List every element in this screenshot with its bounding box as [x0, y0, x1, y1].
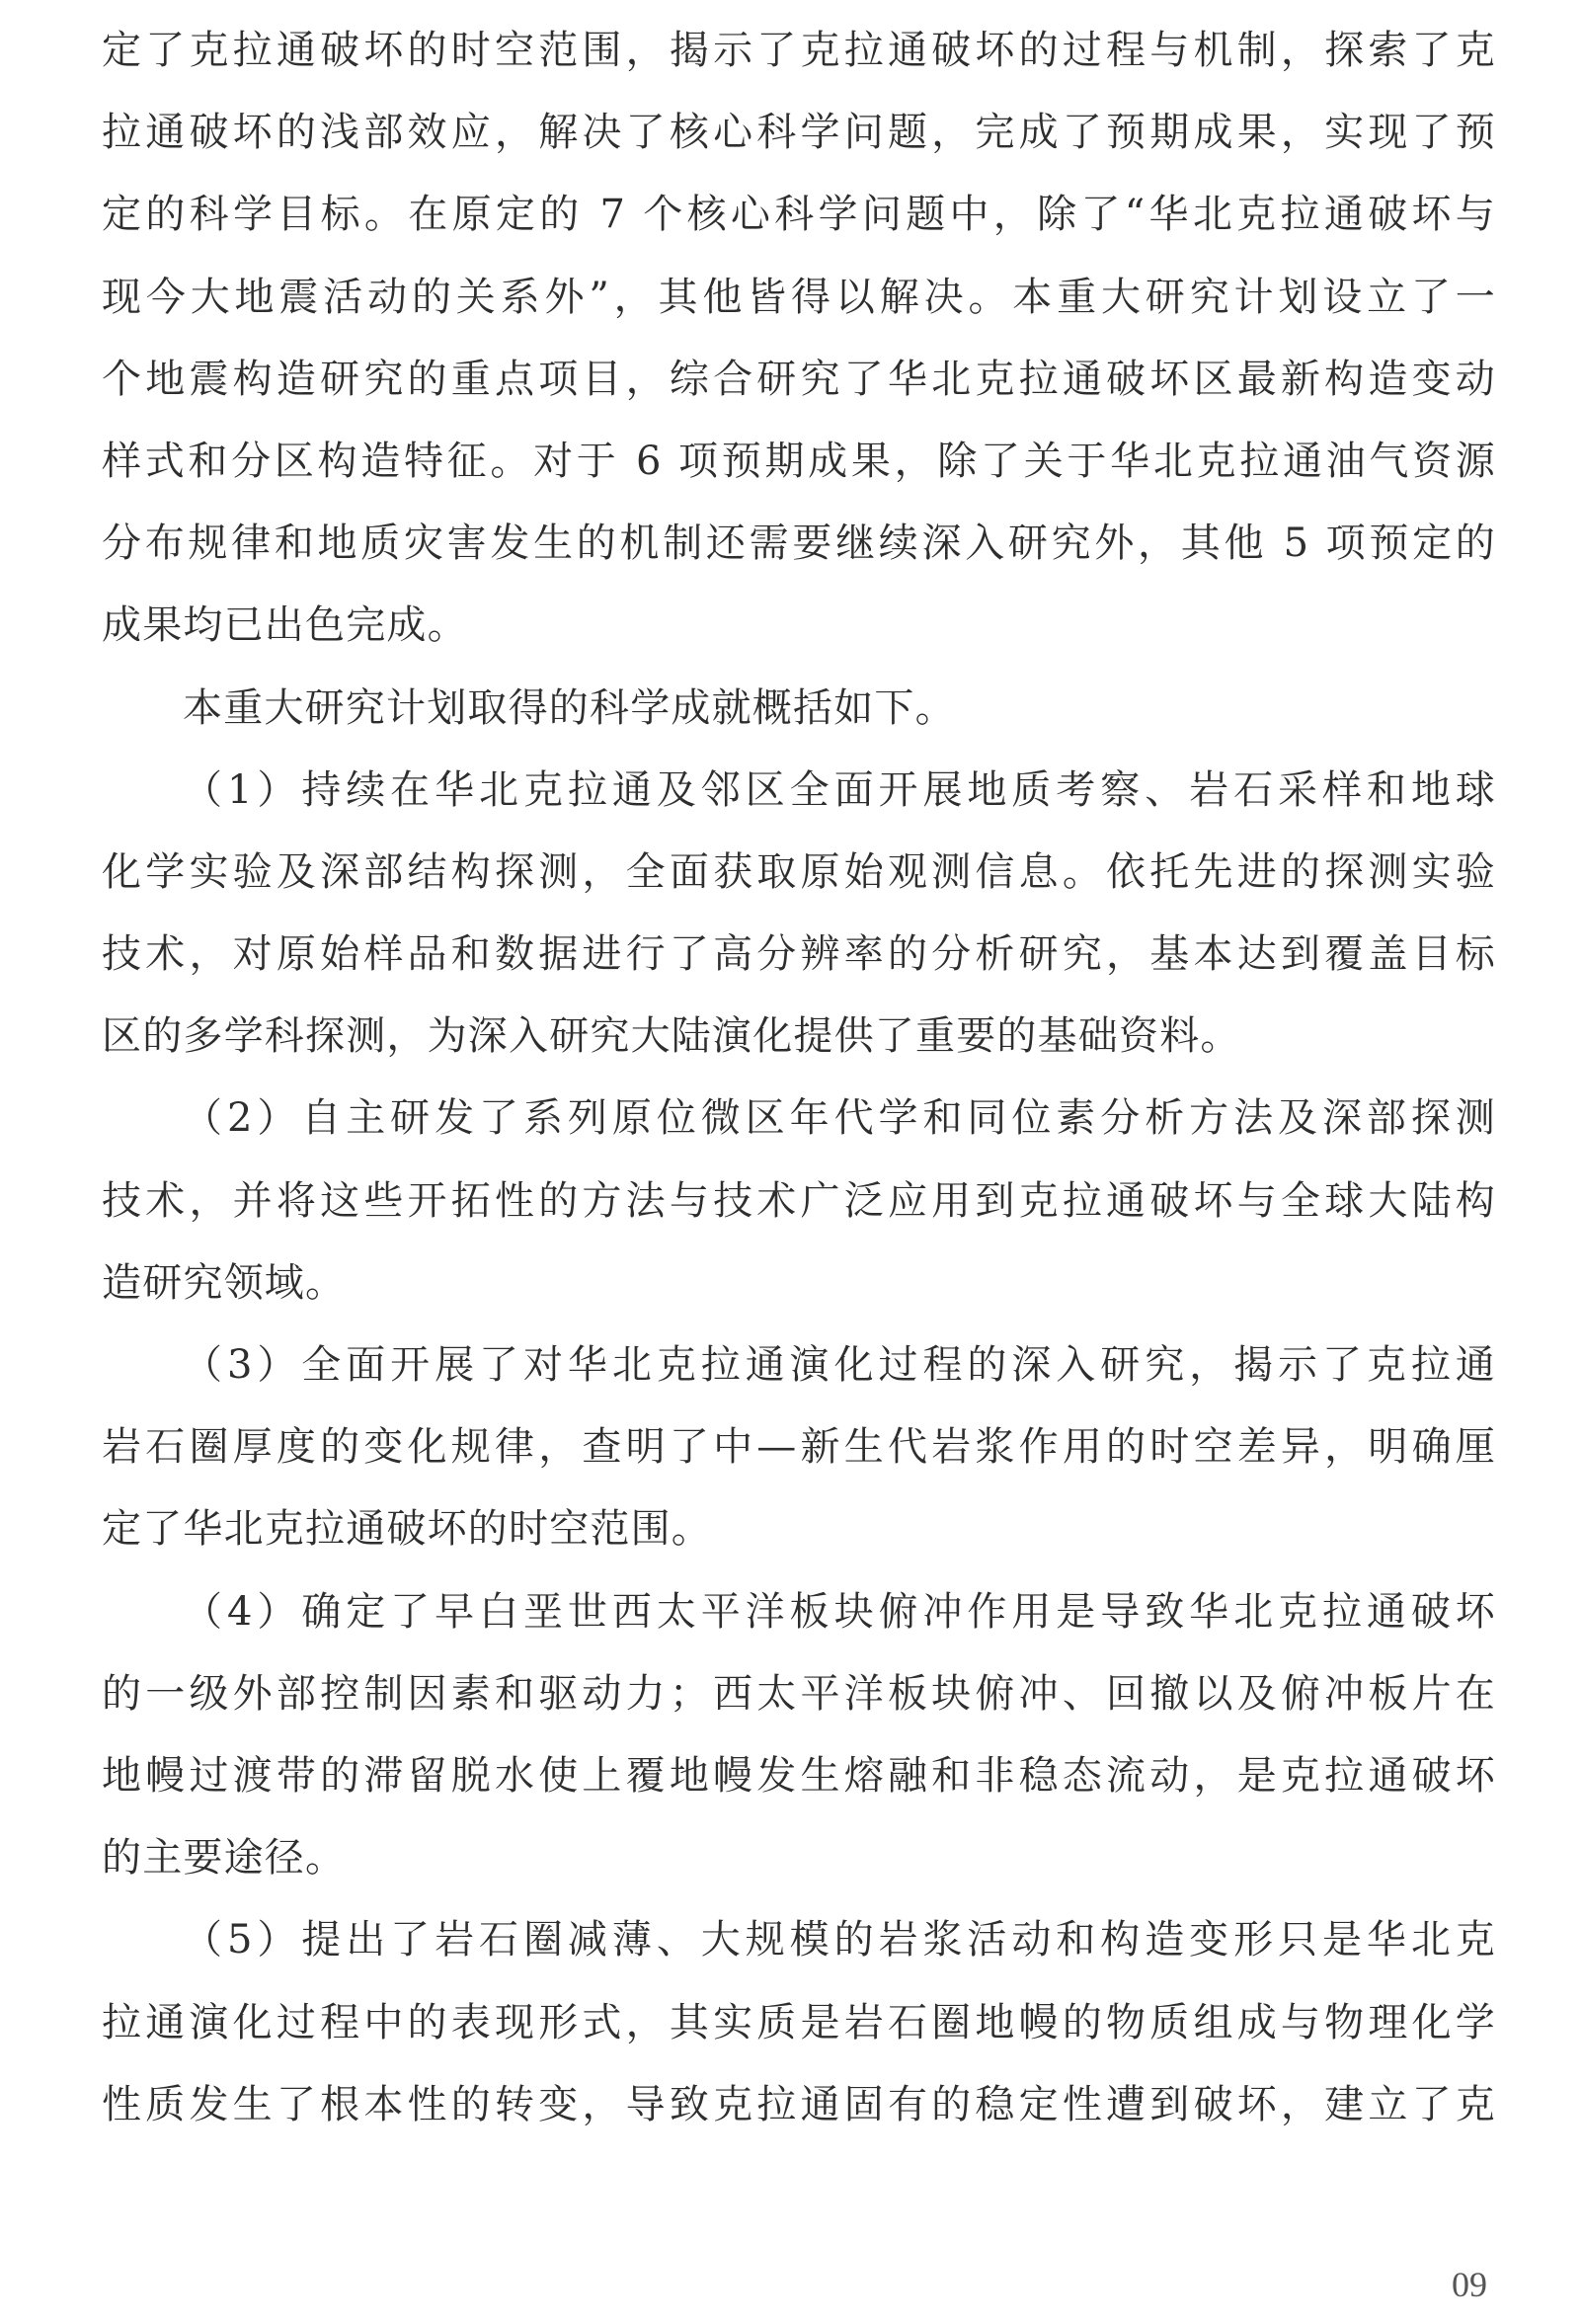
text-line: 现今大地震活动的关系外”，其他皆得以解决。本重大研究计划设立了一 — [102, 257, 1496, 339]
text-line: 本重大研究计划取得的科学成就概括如下。 — [102, 668, 1496, 750]
text-line: 的主要途径。 — [102, 1817, 1496, 1899]
text-line: 拉通破坏的浅部效应，解决了核心科学问题，完成了预期成果，实现了预 — [102, 92, 1496, 174]
paragraph-summary-intro: 本重大研究计划取得的科学成就概括如下。 — [102, 668, 1496, 750]
text-line: 定的科学目标。在原定的 7 个核心科学问题中，除了“华北克拉通破坏与 — [102, 174, 1496, 256]
text-line: 化学实验及深部结构探测，全面获取原始观测信息。依托先进的探测实验 — [102, 832, 1496, 914]
text-line: （1）持续在华北克拉通及邻区全面开展地质考察、岩石采样和地球 — [102, 750, 1496, 832]
paragraph-achievement-4: （4）确定了早白垩世西太平洋板块俯冲作用是导致华北克拉通破坏 的一级外部控制因素… — [102, 1571, 1496, 1900]
text-line: 样式和分区构造特征。对于 6 项预期成果，除了关于华北克拉通油气资源 — [102, 421, 1496, 503]
text-line: 定了克拉通破坏的时空范围，揭示了克拉通破坏的过程与机制，探索了克 — [102, 10, 1496, 92]
paragraph-achievement-2: （2）自主研发了系列原位微区年代学和同位素分析方法及深部探测 技术，并将这些开拓… — [102, 1078, 1496, 1324]
text-line: 定了华北克拉通破坏的时空范围。 — [102, 1488, 1496, 1570]
text-line: 技术，对原始样品和数据进行了高分辨率的分析研究，基本达到覆盖目标 — [102, 914, 1496, 996]
text-line: 的一级外部控制因素和驱动力；西太平洋板块俯冲、回撤以及俯冲板片在 — [102, 1653, 1496, 1735]
text-line: 分布规律和地质灾害发生的机制还需要继续深入研究外，其他 5 项预定的 — [102, 503, 1496, 585]
text-line: （4）确定了早白垩世西太平洋板块俯冲作用是导致华北克拉通破坏 — [102, 1571, 1496, 1653]
text-line: 性质发生了根本性的转变，导致克拉通固有的稳定性遭到破坏，建立了克 — [102, 2064, 1496, 2146]
text-line: （3）全面开展了对华北克拉通演化过程的深入研究，揭示了克拉通 — [102, 1324, 1496, 1406]
text-line: （2）自主研发了系列原位微区年代学和同位素分析方法及深部探测 — [102, 1078, 1496, 1160]
text-line: 造研究领域。 — [102, 1242, 1496, 1324]
text-line: 区的多学科探测，为深入研究大陆演化提供了重要的基础资料。 — [102, 996, 1496, 1078]
text-line: 技术，并将这些开拓性的方法与技术广泛应用到克拉通破坏与全球大陆构 — [102, 1161, 1496, 1242]
text-line: 拉通演化过程中的表现形式，其实质是岩石圈地幔的物质组成与物理化学 — [102, 1982, 1496, 2064]
text-line: 成果均已出色完成。 — [102, 585, 1496, 667]
paragraph-continuation: 定了克拉通破坏的时空范围，揭示了克拉通破坏的过程与机制，探索了克 拉通破坏的浅部… — [102, 10, 1496, 668]
text-line: 岩石圈厚度的变化规律，查明了中—新生代岩浆作用的时空差异，明确厘 — [102, 1406, 1496, 1488]
paragraph-achievement-3: （3）全面开展了对华北克拉通演化过程的深入研究，揭示了克拉通 岩石圈厚度的变化规… — [102, 1324, 1496, 1571]
paragraph-achievement-1: （1）持续在华北克拉通及邻区全面开展地质考察、岩石采样和地球 化学实验及深部结构… — [102, 750, 1496, 1079]
page-number: 09 — [1452, 2264, 1487, 2305]
paragraph-achievement-5: （5）提出了岩石圈减薄、大规模的岩浆活动和构造变形只是华北克 拉通演化过程中的表… — [102, 1899, 1496, 2146]
text-line: 个地震构造研究的重点项目，综合研究了华北克拉通破坏区最新构造变动 — [102, 339, 1496, 421]
text-line: 地幔过渡带的滞留脱水使上覆地幔发生熔融和非稳态流动，是克拉通破坏 — [102, 1735, 1496, 1817]
text-line: （5）提出了岩石圈减薄、大规模的岩浆活动和构造变形只是华北克 — [102, 1899, 1496, 1981]
document-body: 定了克拉通破坏的时空范围，揭示了克拉通破坏的过程与机制，探索了克 拉通破坏的浅部… — [102, 10, 1496, 2146]
